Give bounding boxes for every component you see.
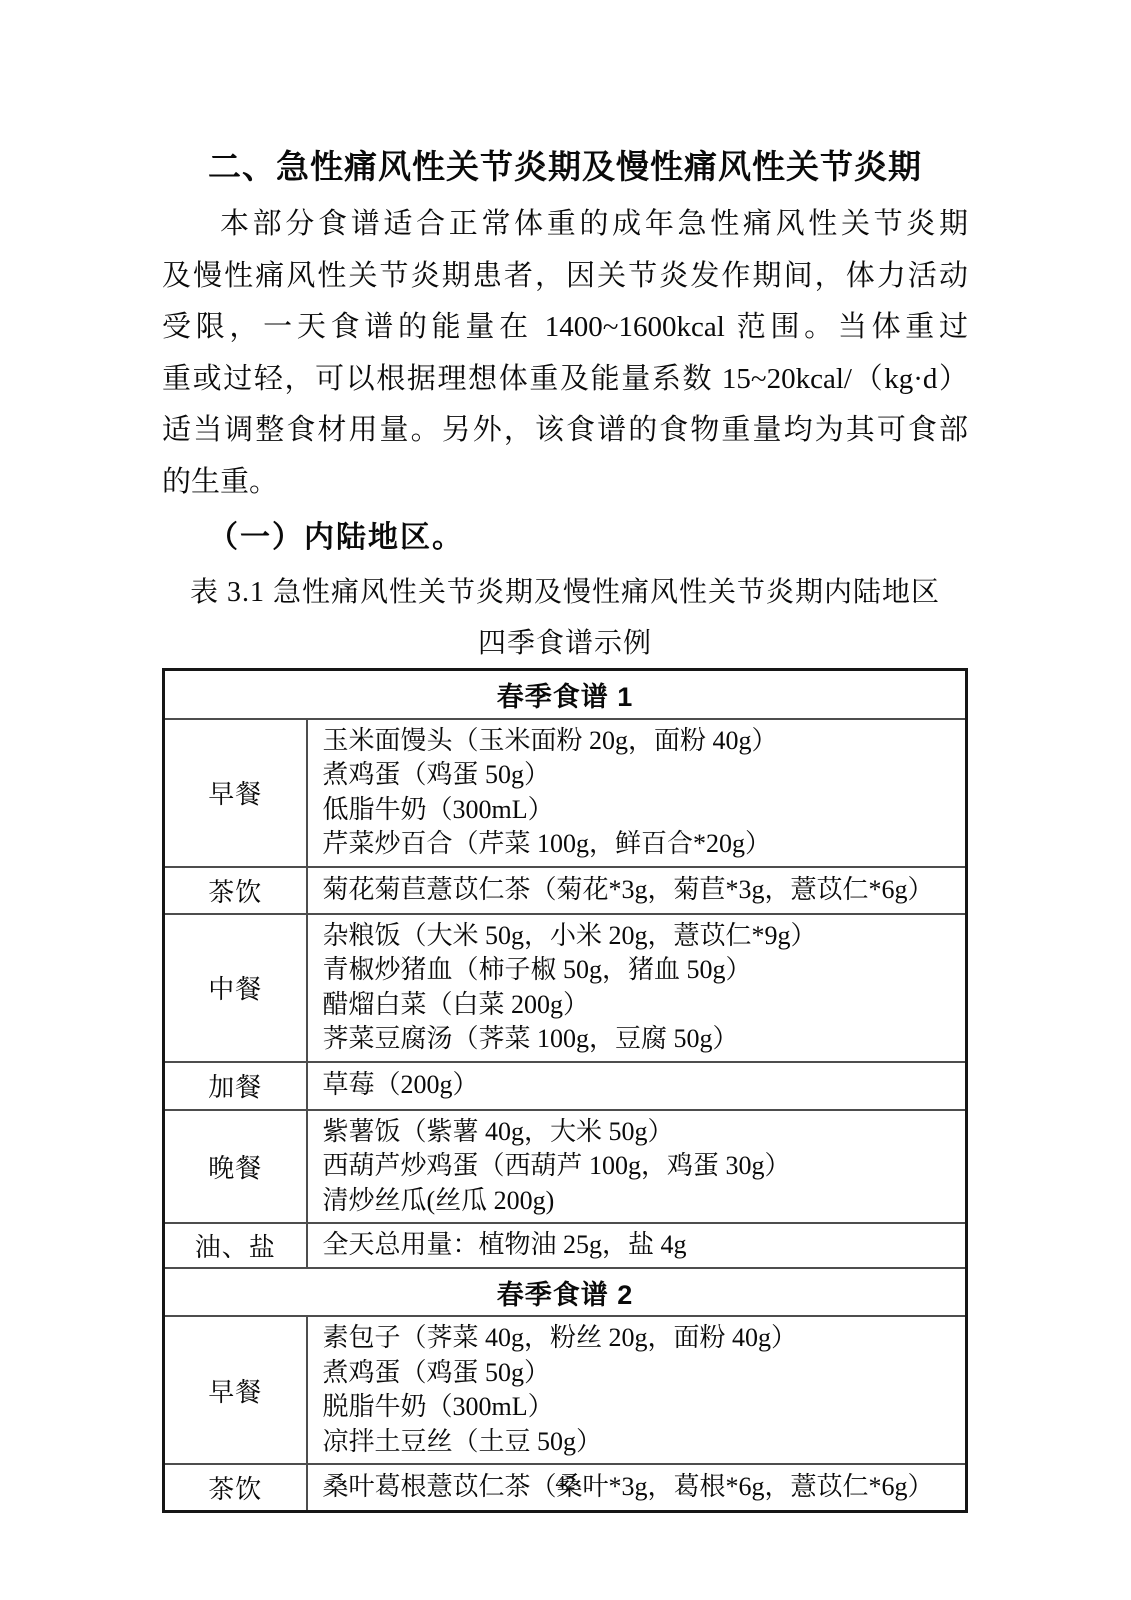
table-row-breakfast: 早餐 素包子（荠菜 40g，粉丝 20g，面粉 40g） 煮鸡蛋（鸡蛋 50g）… [164,1316,967,1464]
row-content: 全天总用量：植物油 25g，盐 4g [307,1223,967,1268]
dish-line: 荠菜豆腐汤（荠菜 100g，豆腐 50g） [323,1022,958,1057]
row-content: 玉米面馒头（玉米面粉 20g，面粉 40g） 煮鸡蛋（鸡蛋 50g） 低脂牛奶（… [307,719,967,867]
table-row-tea: 茶饮 菊花菊苣薏苡仁茶（菊花*3g，菊苣*3g，薏苡仁*6g） [164,867,967,914]
dish-line: 青椒炒猪血（柿子椒 50g，猪血 50g） [323,953,958,988]
dish-line: 低脂牛奶（300mL） [323,793,958,828]
section-header: 春季食谱 1 [164,670,967,719]
dish-line: 清炒丝瓜(丝瓜 200g) [323,1184,958,1219]
row-label: 早餐 [164,1316,307,1464]
page-number: 42 [0,1472,1131,1495]
recipe-table: 春季食谱 1 早餐 玉米面馒头（玉米面粉 20g，面粉 40g） 煮鸡蛋（鸡蛋 … [162,668,968,1513]
section-header-row: 春季食谱 2 [164,1268,967,1316]
document-page: 二、急性痛风性关节炎期及慢性痛风性关节炎期 本部分食谱适合正常体重的成年急性痛风… [0,0,1131,1600]
subsection-heading: （一）内陆地区。 [162,512,968,556]
dish-line: 杂粮饭（大米 50g，小米 20g，薏苡仁*9g） [323,919,958,954]
table-row-breakfast: 早餐 玉米面馒头（玉米面粉 20g，面粉 40g） 煮鸡蛋（鸡蛋 50g） 低脂… [164,719,967,867]
intro-paragraph: 本部分食谱适合正常体重的成年急性痛风性关节炎期 及慢性痛风性关节炎期患者，因关节… [162,199,968,508]
section-header-row: 春季食谱 1 [164,670,967,719]
dish-line: 全天总用量：植物油 25g，盐 4g [323,1228,958,1263]
table-row-lunch: 中餐 杂粮饭（大米 50g，小米 20g，薏苡仁*9g） 青椒炒猪血（柿子椒 5… [164,914,967,1062]
row-label: 早餐 [164,719,307,867]
table-row-snack: 加餐 草莓（200g） [164,1062,967,1110]
paragraph-line: 及慢性痛风性关节炎期患者，因关节炎发作期间，体力活动 [162,251,968,303]
row-content: 杂粮饭（大米 50g，小米 20g，薏苡仁*9g） 青椒炒猪血（柿子椒 50g，… [307,914,967,1062]
dish-line: 芹菜炒百合（芹菜 100g，鲜百合*20g） [323,827,958,862]
table-row-dinner: 晚餐 紫薯饭（紫薯 40g，大米 50g） 西葫芦炒鸡蛋（西葫芦 100g，鸡蛋… [164,1110,967,1224]
row-content: 草莓（200g） [307,1062,967,1110]
paragraph-line: 受限，一天食谱的能量在 1400~1600kcal 范围。当体重过 [162,302,968,354]
dish-line: 煮鸡蛋（鸡蛋 50g） [323,758,958,793]
dish-line: 菊花菊苣薏苡仁茶（菊花*3g，菊苣*3g，薏苡仁*6g） [323,873,958,908]
paragraph-line: 重或过轻，可以根据理想体重及能量系数 15~20kcal/（kg·d） [162,354,968,406]
row-label: 加餐 [164,1062,307,1110]
dish-line: 西葫芦炒鸡蛋（西葫芦 100g，鸡蛋 30g） [323,1149,958,1184]
table-caption-line2: 四季食谱示例 [162,621,968,661]
row-content: 素包子（荠菜 40g，粉丝 20g，面粉 40g） 煮鸡蛋（鸡蛋 50g） 脱脂… [307,1316,967,1464]
paragraph-line: 的生重。 [162,457,968,509]
dish-line: 煮鸡蛋（鸡蛋 50g） [323,1356,958,1391]
dish-line: 草莓（200g） [323,1068,958,1103]
dish-line: 醋熘白菜（白菜 200g） [323,988,958,1023]
dish-line: 紫薯饭（紫薯 40g，大米 50g） [323,1115,958,1150]
page-title: 二、急性痛风性关节炎期及慢性痛风性关节炎期 [162,141,968,188]
row-label: 油、盐 [164,1223,307,1268]
dish-line: 素包子（荠菜 40g，粉丝 20g，面粉 40g） [323,1321,958,1356]
row-label: 茶饮 [164,867,307,914]
table-row-oil-salt: 油、盐 全天总用量：植物油 25g，盐 4g [164,1223,967,1268]
dish-line: 脱脂牛奶（300mL） [323,1390,958,1425]
row-content: 菊花菊苣薏苡仁茶（菊花*3g，菊苣*3g，薏苡仁*6g） [307,867,967,914]
row-label: 中餐 [164,914,307,1062]
section-header: 春季食谱 2 [164,1268,967,1316]
dish-line: 玉米面馒头（玉米面粉 20g，面粉 40g） [323,724,958,759]
page-content: 二、急性痛风性关节炎期及慢性痛风性关节炎期 本部分食谱适合正常体重的成年急性痛风… [162,0,968,1600]
paragraph-line: 适当调整食材用量。另外，该食谱的食物重量均为其可食部 [162,405,968,457]
table-caption-line1: 表 3.1 急性痛风性关节炎期及慢性痛风性关节炎期内陆地区 [162,570,968,610]
row-label: 晚餐 [164,1110,307,1224]
row-content: 紫薯饭（紫薯 40g，大米 50g） 西葫芦炒鸡蛋（西葫芦 100g，鸡蛋 30… [307,1110,967,1224]
paragraph-line: 本部分食谱适合正常体重的成年急性痛风性关节炎期 [162,199,968,251]
dish-line: 凉拌土豆丝（土豆 50g） [323,1425,958,1460]
